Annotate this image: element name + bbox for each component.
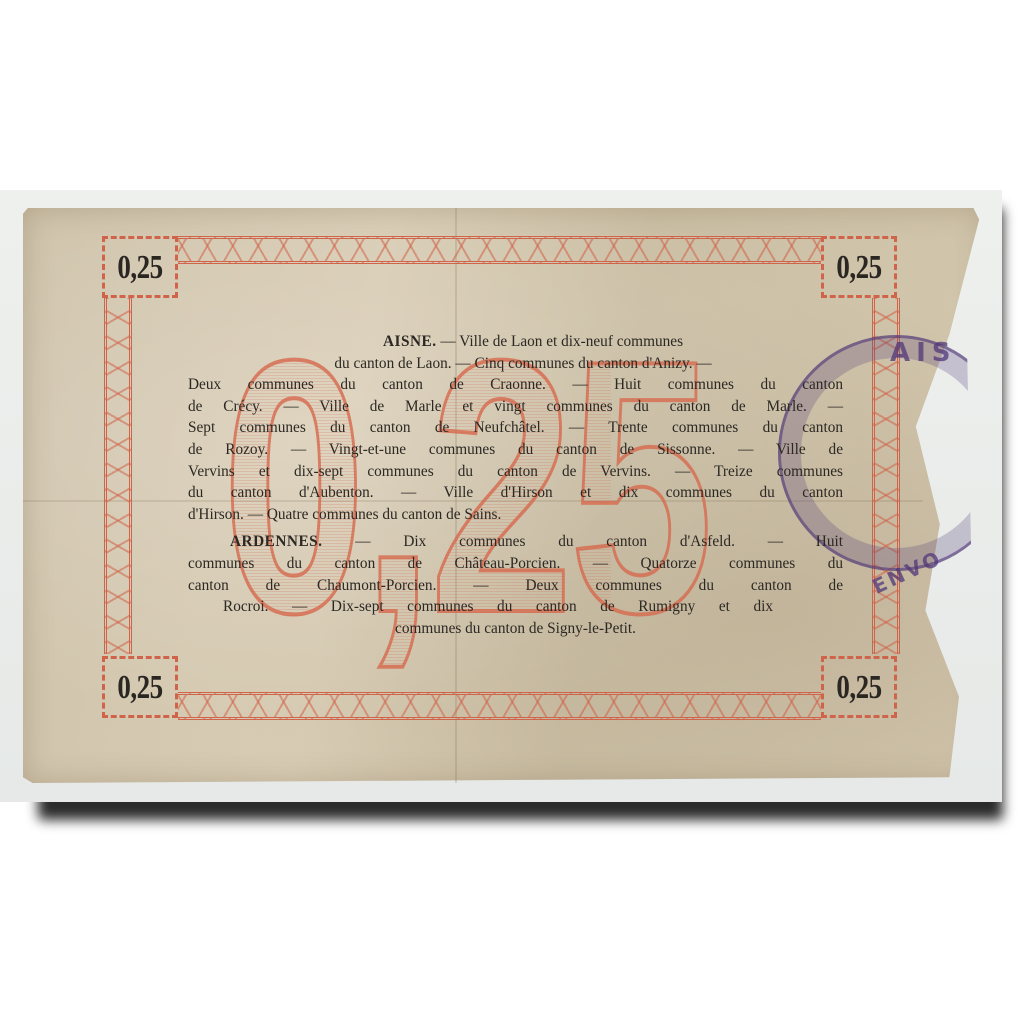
denomination-text: 0,25 (836, 248, 881, 287)
ornament-border-left (104, 298, 132, 654)
aisne-line-1: AISNE. — Ville de Laon et dix-neuf commu… (188, 331, 843, 353)
aisne-line-7: Vervins et dix-sept communes du canton d… (188, 461, 843, 483)
ardennes-line-2: communes du canton de Château-Porcien. —… (188, 553, 843, 575)
aisne-line-2: du canton de Laon. — Cinq communes du ca… (188, 353, 843, 375)
aisne-line-6: de Rozoy. — Vingt-et-une communes du can… (188, 439, 843, 461)
ornament-border-top (178, 236, 821, 264)
denomination-text: 0,25 (117, 248, 162, 287)
ardennes-line-1: ARDENNES. — Dix communes du canton d'Asf… (188, 531, 843, 553)
ardennes-heading: ARDENNES. (230, 533, 322, 550)
denomination-text: 0,25 (836, 668, 881, 707)
aisne-line-3: Deux communes du canton de Craonne. — Hu… (188, 374, 843, 396)
corner-denomination-bottom-right: 0,25 (821, 656, 897, 718)
ardennes-line-4: Rocroi. — Dix-sept communes du canton de… (188, 596, 843, 618)
ardennes-line-3: canton de Chaumont-Porcien. — Deux commu… (188, 575, 843, 597)
ornament-border-bottom (178, 692, 821, 720)
ardennes-line-5: communes du canton de Signy-le-Petit. (188, 618, 843, 640)
aisne-heading: AISNE. (383, 333, 437, 350)
denomination-text: 0,25 (117, 668, 162, 707)
corner-denomination-top-left: 0,25 (102, 236, 178, 298)
aisne-line-5: Sept communes du canton de Neufchâtel. —… (188, 417, 843, 439)
corner-denomination-top-right: 0,25 (821, 236, 897, 298)
corner-denomination-bottom-left: 0,25 (102, 656, 178, 718)
aisne-line-9: d'Hirson. — Quatre communes du canton de… (188, 504, 843, 526)
commune-list-text: AISNE. — Ville de Laon et dix-neuf commu… (188, 331, 843, 639)
stamp-text-top: AIS (890, 338, 957, 368)
aisne-line-8: du canton d'Aubenton. — Ville d'Hirson e… (188, 482, 843, 504)
aisne-line-4: de Crécy. — Ville de Marle et vingt comm… (188, 396, 843, 418)
